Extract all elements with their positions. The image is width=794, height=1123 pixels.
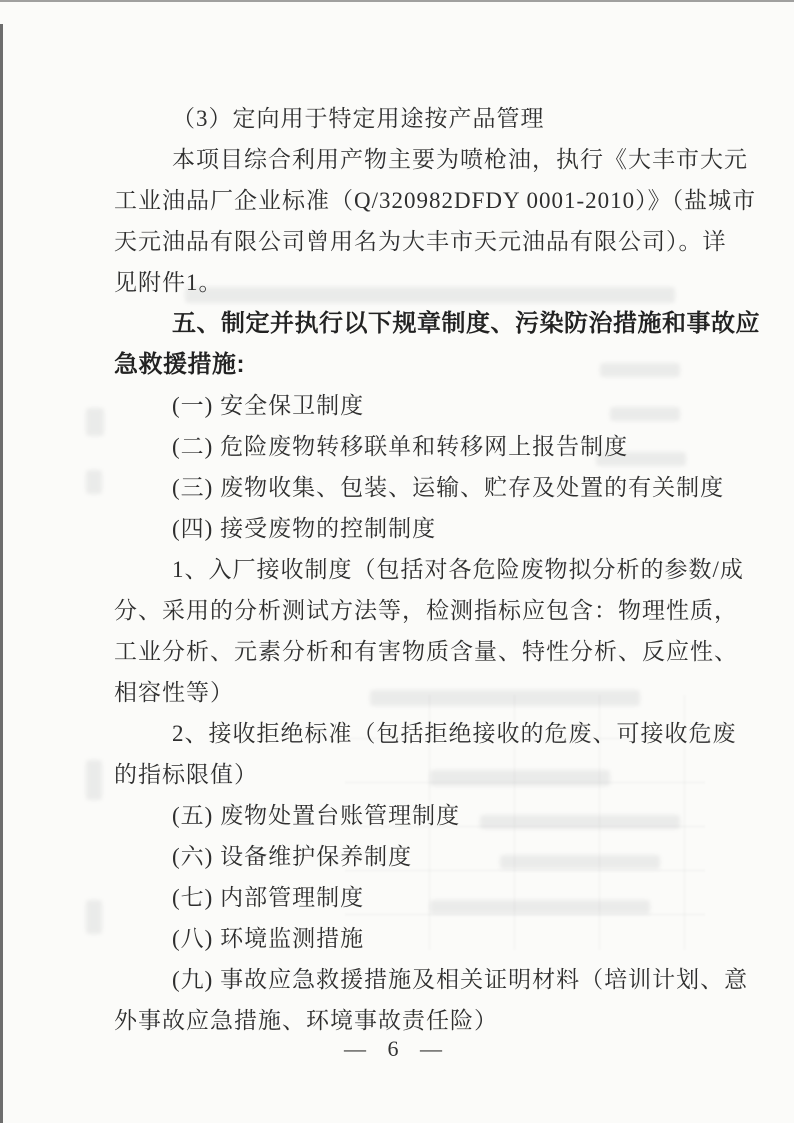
document-body: （3）定向用于特定用途按产品管理本项目综合利用产物主要为喷枪油，执行《大丰市大元… — [114, 98, 714, 1041]
text-line: 见附件1。 — [114, 262, 714, 303]
text-line: (九) 事故应急救援措施及相关证明材料（培训计划、意 — [114, 959, 714, 1000]
text-line: 的指标限值） — [114, 754, 714, 795]
section-heading-line: 五、制定并执行以下规章制度、污染防治措施和事故应 — [114, 303, 714, 344]
text-line: (五) 废物处置台账管理制度 — [114, 795, 714, 836]
bleed-through-artifact — [86, 470, 102, 494]
text-line: （3）定向用于特定用途按产品管理 — [114, 98, 714, 139]
section-heading-line: 急救援措施: — [114, 344, 714, 385]
text-line: (二) 危险废物转移联单和转移网上报告制度 — [114, 426, 714, 467]
text-line: 本项目综合利用产物主要为喷枪油，执行《大丰市大元 — [114, 139, 714, 180]
text-line: 工业油品厂企业标准（Q/320982DFDY 0001-2010）》（盐城市 — [114, 180, 714, 221]
text-line: (四) 接受废物的控制制度 — [114, 508, 714, 549]
scanned-document-page: （3）定向用于特定用途按产品管理本项目综合利用产物主要为喷枪油，执行《大丰市大元… — [0, 0, 794, 1123]
bleed-through-artifact — [86, 408, 104, 436]
text-line: 分、采用的分析测试方法等，检测指标应包含：物理性质， — [114, 590, 714, 631]
text-line: (八) 环境监测措施 — [114, 918, 714, 959]
text-line: 2、接收拒绝标准（包括拒绝接收的危废、可接收危废 — [114, 713, 714, 754]
text-line: (六) 设备维护保养制度 — [114, 836, 714, 877]
scan-edge-left-artifact — [0, 24, 3, 1123]
text-line: (一) 安全保卫制度 — [114, 385, 714, 426]
bleed-through-artifact — [86, 900, 102, 934]
text-line: (七) 内部管理制度 — [114, 877, 714, 918]
page-number: — 6 — — [0, 1034, 794, 1064]
text-line: 相容性等） — [114, 672, 714, 713]
text-line: (三) 废物收集、包装、运输、贮存及处置的有关制度 — [114, 467, 714, 508]
text-line: 1、入厂接收制度（包括对各危险废物拟分析的参数/成 — [114, 549, 714, 590]
text-line: 工业分析、元素分析和有害物质含量、特性分析、反应性、 — [114, 631, 714, 672]
bleed-through-artifact — [86, 760, 102, 800]
scan-edge-top-artifact — [0, 0, 794, 2]
text-line: 天元油品有限公司曾用名为大丰市天元油品有限公司）。详 — [114, 221, 714, 262]
